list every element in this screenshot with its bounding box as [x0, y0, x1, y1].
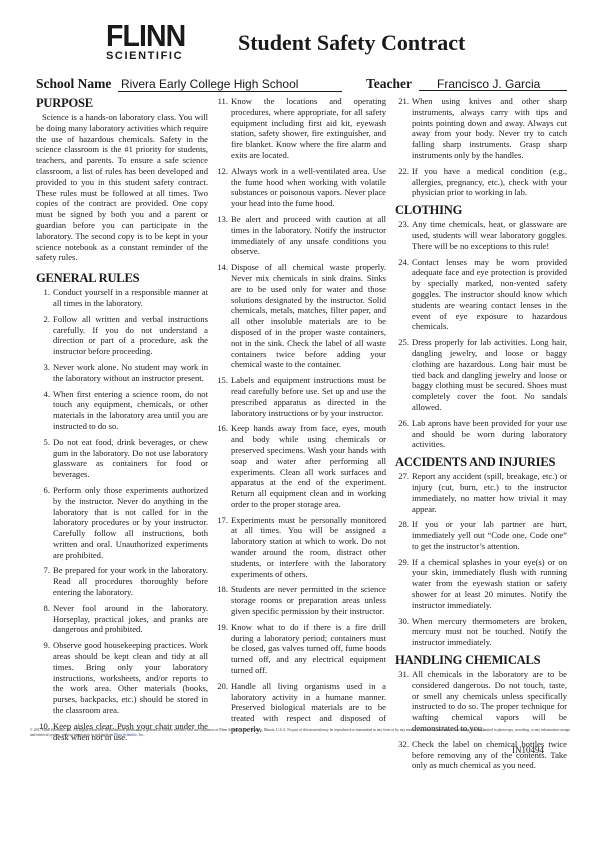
rule-number: 3. — [36, 362, 53, 384]
rule-item: 6.Perform only those experiments authori… — [36, 485, 208, 561]
header: FLINN SCIENTIFIC Student Safety Contract — [0, 0, 595, 70]
column-3: 21.When using knives and other sharp ins… — [395, 96, 567, 776]
rule-number: 25. — [395, 337, 412, 413]
rule-text: Handle all living organisms used in a la… — [231, 681, 386, 735]
rule-text: Lab aprons have been provided for your u… — [412, 418, 567, 450]
rule-number: 26. — [395, 418, 412, 450]
purpose-heading: PURPOSE — [36, 96, 208, 110]
flinn-scientific-logo: FLINN SCIENTIFIC — [106, 22, 196, 62]
rule-number: 21. — [395, 96, 412, 161]
rule-number: 32. — [395, 739, 412, 771]
rule-text: If a chemical splashes in your eye(s) or… — [412, 557, 567, 611]
rule-number: 29. — [395, 557, 412, 611]
rule-item: 7.Be prepared for your work in the labor… — [36, 565, 208, 597]
rule-text: Be alert and proceed with caution at all… — [231, 214, 386, 257]
copyright-footer: © 2017 Flinn Scientific, Inc. All Rights… — [30, 728, 570, 738]
rule-text: Follow all written and verbal instructio… — [53, 314, 208, 357]
rule-text: Labels and equipment instructions must b… — [231, 375, 386, 418]
rule-number: 4. — [36, 389, 53, 432]
purpose-text: Science is a hands-on laboratory class. … — [36, 112, 208, 263]
rule-item: 32.Check the label on chemical bottles t… — [395, 739, 567, 771]
accidents-heading: ACCIDENTS AND INJURIES — [395, 455, 567, 469]
rule-item: 27.Report any accident (spill, breakage,… — [395, 471, 567, 514]
rule-item: 24.Contact lenses may be worn provided a… — [395, 257, 567, 333]
rule-item: 23.Any time chemicals, heat, or glasswar… — [395, 219, 567, 251]
rule-text: Any time chemicals, heat, or glassware a… — [412, 219, 567, 251]
document-code: IN10494 — [512, 745, 544, 755]
rule-number: 27. — [395, 471, 412, 514]
rule-text: Contact lenses may be worn provided adeq… — [412, 257, 567, 333]
rule-item: 30.When mercury thermometers are broken,… — [395, 616, 567, 648]
rule-item: 9.Observe good housekeeping practices. W… — [36, 640, 208, 716]
rule-number: 17. — [214, 515, 231, 580]
rule-text: Dress properly for lab activities. Long … — [412, 337, 567, 413]
rule-item: 12.Always work in a well-ventilated area… — [214, 166, 386, 209]
rule-text: Never work alone. No student may work in… — [53, 362, 208, 384]
rule-number: 9. — [36, 640, 53, 716]
school-name-field[interactable]: Rivera Early College High School — [118, 76, 342, 92]
rule-number: 6. — [36, 485, 53, 561]
page-title: Student Safety Contract — [238, 30, 465, 56]
rule-number: 14. — [214, 262, 231, 370]
info-row: School Name Rivera Early College High Sc… — [36, 76, 566, 94]
rule-text: Be prepared for your work in the laborat… — [53, 565, 208, 597]
rule-number: 15. — [214, 375, 231, 418]
rule-item: 18.Students are never permitted in the s… — [214, 584, 386, 616]
rule-item: 16.Keep hands away from face, eyes, mout… — [214, 423, 386, 509]
rule-item: 3.Never work alone. No student may work … — [36, 362, 208, 384]
flinn-link[interactable]: Flinn Scientific, Inc. — [114, 733, 144, 737]
rule-item: 26.Lab aprons have been provided for you… — [395, 418, 567, 450]
rule-number: 1. — [36, 287, 53, 309]
rule-number: 31. — [395, 669, 412, 734]
rule-text: Do not eat food, drink beverages, or che… — [53, 437, 208, 480]
rule-number: 16. — [214, 423, 231, 509]
school-name-label: School Name — [36, 76, 111, 92]
rule-item: 20.Handle all living organisms used in a… — [214, 681, 386, 735]
logo-wordmark: FLINN — [106, 22, 189, 50]
rule-text: When using knives and other sharp instru… — [412, 96, 567, 161]
rule-item: 15.Labels and equipment instructions mus… — [214, 375, 386, 418]
rule-item: 11.Know the locations and operating proc… — [214, 96, 386, 161]
rule-item: 19.Know what to do if there is a fire dr… — [214, 622, 386, 676]
rule-text: All chemicals in the laboratory are to b… — [412, 669, 567, 734]
clothing-heading: CLOTHING — [395, 203, 567, 217]
rule-text: Experiments must be personally monitored… — [231, 515, 386, 580]
rule-text: Never fool around in the laboratory. Hor… — [53, 603, 208, 635]
rule-number: 7. — [36, 565, 53, 597]
rule-item: 21.When using knives and other sharp ins… — [395, 96, 567, 161]
rule-item: 2.Follow all written and verbal instruct… — [36, 314, 208, 357]
rule-number: 11. — [214, 96, 231, 161]
rule-text: Know the locations and operating procedu… — [231, 96, 386, 161]
rule-number: 5. — [36, 437, 53, 480]
rule-number: 28. — [395, 519, 412, 551]
column-1: PURPOSE Science is a hands-on laboratory… — [36, 96, 208, 747]
rule-number: 22. — [395, 166, 412, 198]
rule-number: 2. — [36, 314, 53, 357]
rule-number: 18. — [214, 584, 231, 616]
rule-item: 5.Do not eat food, drink beverages, or c… — [36, 437, 208, 480]
rule-number: 24. — [395, 257, 412, 333]
rule-text: Dispose of all chemical waste properly. … — [231, 262, 386, 370]
rule-item: 31.All chemicals in the laboratory are t… — [395, 669, 567, 734]
rule-number: 30. — [395, 616, 412, 648]
general-rules-heading: GENERAL RULES — [36, 271, 208, 285]
rule-item: 29.If a chemical splashes in your eye(s)… — [395, 557, 567, 611]
rule-item: 25.Dress properly for lab activities. Lo… — [395, 337, 567, 413]
column-2: 11.Know the locations and operating proc… — [214, 96, 386, 740]
rule-number: 8. — [36, 603, 53, 635]
rule-item: 22.If you have a medical condition (e.g.… — [395, 166, 567, 198]
rule-number: 19. — [214, 622, 231, 676]
rule-text: When first entering a science room, do n… — [53, 389, 208, 432]
handling-chemicals-heading: HANDLING CHEMICALS — [395, 653, 567, 667]
rule-text: When mercury thermometers are broken, me… — [412, 616, 567, 648]
rule-item: 13.Be alert and proceed with caution at … — [214, 214, 386, 257]
rule-item: 4.When first entering a science room, do… — [36, 389, 208, 432]
rule-number: 20. — [214, 681, 231, 735]
teacher-field[interactable]: Francisco J. Garcia — [419, 76, 567, 91]
rule-item: 14.Dispose of all chemical waste properl… — [214, 262, 386, 370]
rule-text: Always work in a well-ventilated area. U… — [231, 166, 386, 209]
rule-item: 1.Conduct yourself in a responsible mann… — [36, 287, 208, 309]
rule-text: Conduct yourself in a responsible manner… — [53, 287, 208, 309]
rule-item: 8.Never fool around in the laboratory. H… — [36, 603, 208, 635]
copyright-text: © 2017 Flinn Scientific, Inc. All Rights… — [30, 728, 570, 737]
rule-item: 17.Experiments must be personally monito… — [214, 515, 386, 580]
rule-number: 23. — [395, 219, 412, 251]
rule-text: If you have a medical condition (e.g., a… — [412, 166, 567, 198]
rule-text: If you or your lab partner are hurt, imm… — [412, 519, 567, 551]
rule-text: Students are never permitted in the scie… — [231, 584, 386, 616]
rule-text: Perform only those experiments authorize… — [53, 485, 208, 561]
teacher-label: Teacher — [366, 76, 412, 92]
rule-text: Observe good housekeeping practices. Wor… — [53, 640, 208, 716]
rule-text: Report any accident (spill, breakage, et… — [412, 471, 567, 514]
rule-number: 13. — [214, 214, 231, 257]
rule-text: Know what to do if there is a fire drill… — [231, 622, 386, 676]
rule-item: 28.If you or your lab partner are hurt, … — [395, 519, 567, 551]
rule-text: Keep hands away from face, eyes, mouth a… — [231, 423, 386, 509]
rule-text: Check the label on chemical bottles twic… — [412, 739, 567, 771]
rule-number: 12. — [214, 166, 231, 209]
